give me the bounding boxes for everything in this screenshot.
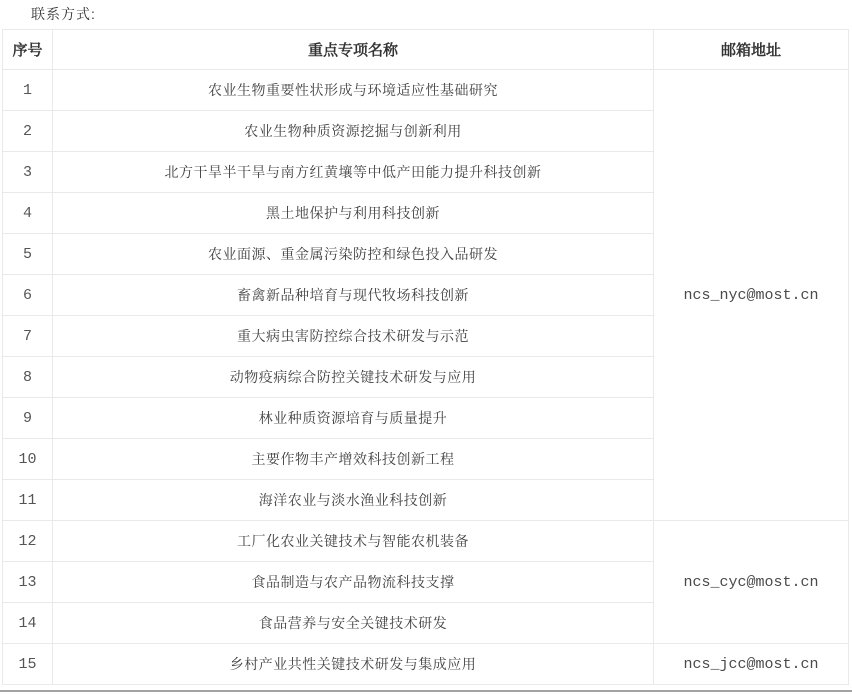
email-cell: ncs_jcc@most.cn xyxy=(654,644,849,685)
row-number-cell: 2 xyxy=(3,111,53,152)
project-name-cell: 海洋农业与淡水渔业科技创新 xyxy=(53,480,654,521)
row-number-cell: 12 xyxy=(3,521,53,562)
project-name-cell: 工厂化农业关键技术与智能农机装备 xyxy=(53,521,654,562)
header-row: 序号 重点专项名称 邮箱地址 xyxy=(3,30,849,70)
row-number-cell: 15 xyxy=(3,644,53,685)
row-number-cell: 14 xyxy=(3,603,53,644)
header-cell-no: 序号 xyxy=(3,30,53,70)
bottom-divider xyxy=(0,690,852,692)
project-name-cell: 农业生物重要性状形成与环境适应性基础研究 xyxy=(53,70,654,111)
contact-table: 序号 重点专项名称 邮箱地址 1农业生物重要性状形成与环境适应性基础研究ncs_… xyxy=(2,29,849,685)
email-cell: ncs_cyc@most.cn xyxy=(654,521,849,644)
row-number-cell: 3 xyxy=(3,152,53,193)
project-name-cell: 重大病虫害防控综合技术研发与示范 xyxy=(53,316,654,357)
row-number-cell: 7 xyxy=(3,316,53,357)
table-body: 1农业生物重要性状形成与环境适应性基础研究ncs_nyc@most.cn2农业生… xyxy=(3,70,849,685)
row-number-cell: 10 xyxy=(3,439,53,480)
project-name-cell: 乡村产业共性关键技术研发与集成应用 xyxy=(53,644,654,685)
row-number-cell: 1 xyxy=(3,70,53,111)
table-row: 12工厂化农业关键技术与智能农机装备ncs_cyc@most.cn xyxy=(3,521,849,562)
project-name-cell: 食品营养与安全关键技术研发 xyxy=(53,603,654,644)
row-number-cell: 9 xyxy=(3,398,53,439)
project-name-cell: 黑土地保护与利用科技创新 xyxy=(53,193,654,234)
project-name-cell: 林业种质资源培育与质量提升 xyxy=(53,398,654,439)
project-name-cell: 北方干旱半干旱与南方红黄壤等中低产田能力提升科技创新 xyxy=(53,152,654,193)
row-number-cell: 6 xyxy=(3,275,53,316)
project-name-cell: 农业生物种质资源挖掘与创新利用 xyxy=(53,111,654,152)
header-cell-email: 邮箱地址 xyxy=(654,30,849,70)
email-cell: ncs_nyc@most.cn xyxy=(654,70,849,521)
project-name-cell: 农业面源、重金属污染防控和绿色投入品研发 xyxy=(53,234,654,275)
row-number-cell: 13 xyxy=(3,562,53,603)
project-name-cell: 主要作物丰产增效科技创新工程 xyxy=(53,439,654,480)
row-number-cell: 11 xyxy=(3,480,53,521)
page: 联系方式: 序号 重点专项名称 邮箱地址 1农业生物重要性状形成与环境适应性基础… xyxy=(0,0,852,695)
row-number-cell: 4 xyxy=(3,193,53,234)
project-name-cell: 食品制造与农产品物流科技支撑 xyxy=(53,562,654,603)
table-row: 15乡村产业共性关键技术研发与集成应用ncs_jcc@most.cn xyxy=(3,644,849,685)
contact-label: 联系方式: xyxy=(31,5,96,23)
row-number-cell: 5 xyxy=(3,234,53,275)
project-name-cell: 动物疫病综合防控关键技术研发与应用 xyxy=(53,357,654,398)
header-cell-name: 重点专项名称 xyxy=(53,30,654,70)
project-name-cell: 畜禽新品种培育与现代牧场科技创新 xyxy=(53,275,654,316)
table-row: 1农业生物重要性状形成与环境适应性基础研究ncs_nyc@most.cn xyxy=(3,70,849,111)
row-number-cell: 8 xyxy=(3,357,53,398)
